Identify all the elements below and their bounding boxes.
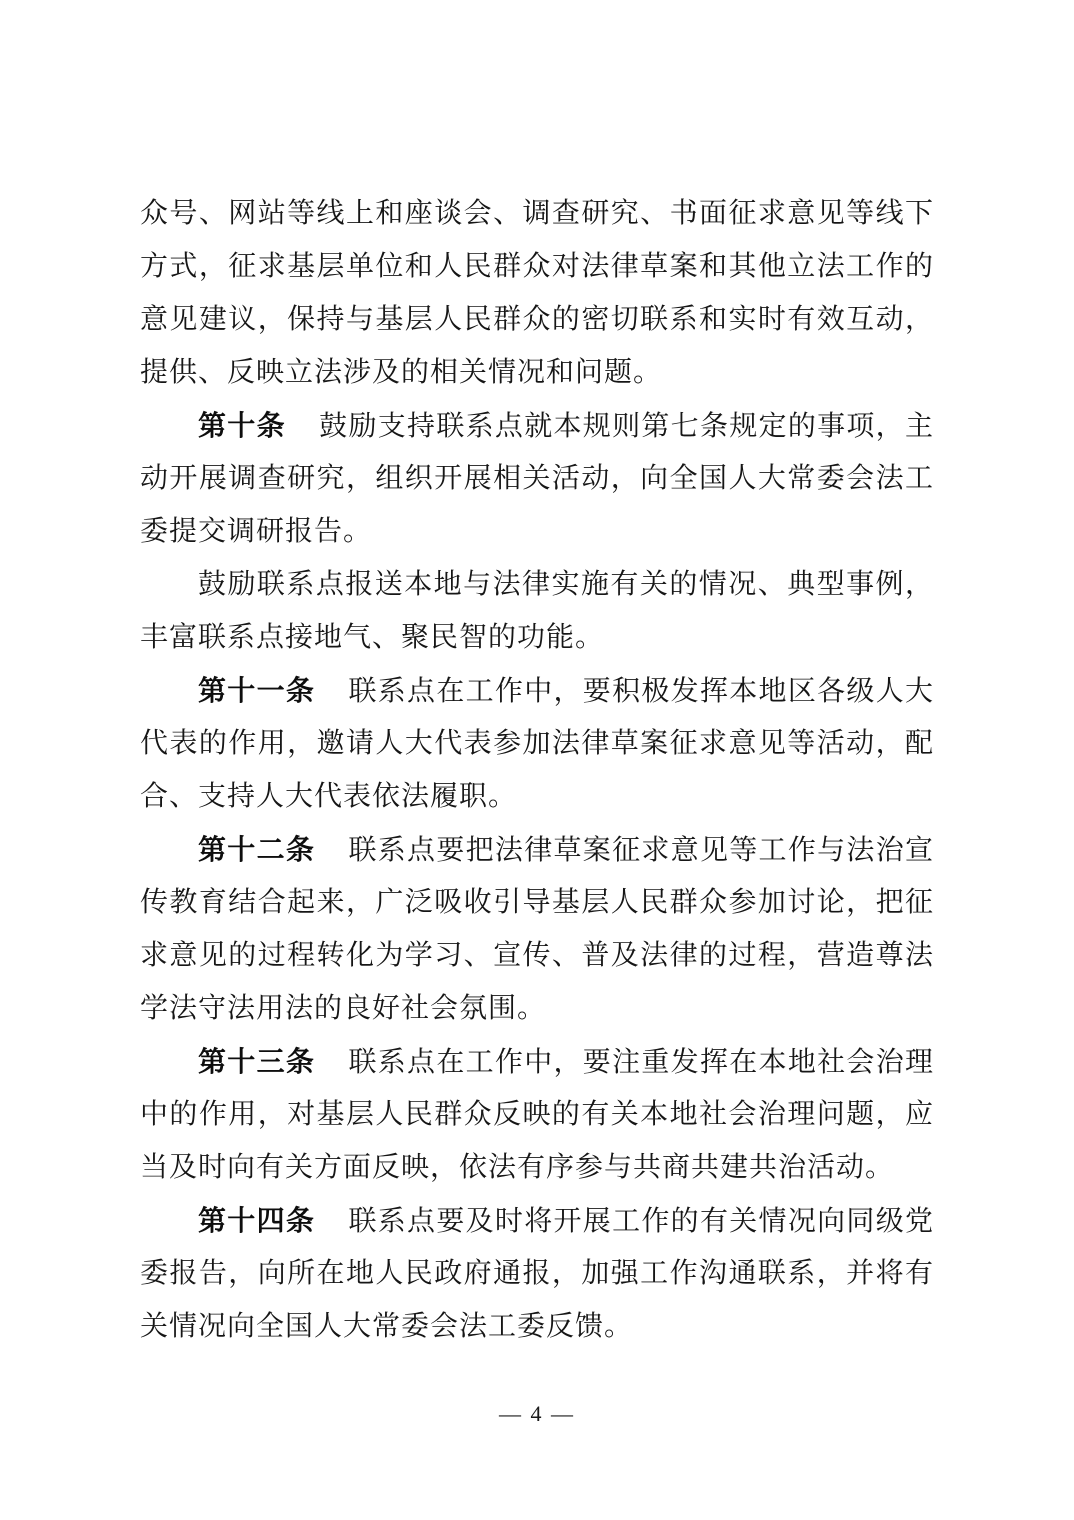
- document-page: 众号、网站等线上和座谈会、调查研究、书面征求意见等线下方式，征求基层单位和人民群…: [0, 0, 1074, 1520]
- line-text: 鼓励支持联系点就本规则第七条规定的事项，主: [318, 411, 933, 442]
- line-text: 联系点要及时将开展工作的有关情况向同级党: [347, 1206, 933, 1237]
- text-line: 代表的作用，邀请人大代表参加法律草案征求意见等活动，配: [140, 717, 933, 770]
- article-number: 第十一条: [198, 675, 315, 706]
- line-text: 联系点在工作中，要注重发挥在本地社会治理: [347, 1047, 933, 1078]
- line-text: 联系点要把法律草案征求意见等工作与法治宣: [347, 835, 933, 866]
- text-line: 第十四条联系点要及时将开展工作的有关情况向同级党: [140, 1194, 933, 1247]
- text-line: 众号、网站等线上和座谈会、调查研究、书面征求意见等线下: [140, 187, 933, 240]
- line-text: 合、支持人大代表依法履职。: [140, 781, 517, 812]
- text-line: 鼓励联系点报送本地与法律实施有关的情况、典型事例，: [140, 558, 933, 611]
- text-line: 方式，征求基层单位和人民群众对法律草案和其他立法工作的: [140, 240, 933, 293]
- text-line: 委报告，向所在地人民政府通报，加强工作沟通联系，并将有: [140, 1247, 933, 1300]
- text-line: 动开展调查研究，组织开展相关活动，向全国人大常委会法工: [140, 452, 933, 505]
- line-text: 众号、网站等线上和座谈会、调查研究、书面征求意见等线下: [140, 198, 933, 229]
- text-line: 意见建议，保持与基层人民群众的密切联系和实时有效互动，: [140, 293, 933, 346]
- page-number: — 4 —: [0, 1398, 1074, 1430]
- article-number: 第十条: [198, 410, 286, 441]
- article-number: 第十三条: [198, 1046, 315, 1077]
- text-line: 丰富联系点接地气、聚民智的功能。: [140, 611, 933, 664]
- text-line: 求意见的过程转化为学习、宣传、普及法律的过程，营造尊法: [140, 929, 933, 982]
- line-text: 当及时向有关方面反映，依法有序参与共商共建共治活动。: [140, 1152, 894, 1183]
- article-number: 第十四条: [198, 1205, 315, 1236]
- line-text: 委提交调研报告。: [140, 516, 372, 547]
- line-text: 关情况向全国人大常委会法工委反馈。: [140, 1311, 633, 1342]
- line-text: 代表的作用，邀请人大代表参加法律草案征求意见等活动，配: [140, 728, 933, 759]
- text-line: 当及时向有关方面反映，依法有序参与共商共建共治活动。: [140, 1141, 933, 1194]
- line-text: 传教育结合起来，广泛吸收引导基层人民群众参加讨论，把征: [140, 887, 933, 918]
- text-line: 第十一条联系点在工作中，要积极发挥本地区各级人大: [140, 664, 933, 717]
- line-text: 提供、反映立法涉及的相关情况和问题。: [140, 357, 662, 388]
- text-line: 第十条鼓励支持联系点就本规则第七条规定的事项，主: [140, 399, 933, 452]
- line-text: 中的作用，对基层人民群众反映的有关本地社会治理问题，应: [140, 1099, 933, 1130]
- line-text: 意见建议，保持与基层人民群众的密切联系和实时有效互动，: [140, 304, 933, 335]
- line-text: 委报告，向所在地人民政府通报，加强工作沟通联系，并将有: [140, 1258, 933, 1289]
- text-line: 中的作用，对基层人民群众反映的有关本地社会治理问题，应: [140, 1088, 933, 1141]
- text-line: 合、支持人大代表依法履职。: [140, 770, 933, 823]
- text-line: 学法守法用法的良好社会氛围。: [140, 982, 933, 1035]
- line-text: 方式，征求基层单位和人民群众对法律草案和其他立法工作的: [140, 251, 933, 282]
- line-text: 丰富联系点接地气、聚民智的功能。: [140, 622, 604, 653]
- article-number: 第十二条: [198, 834, 315, 865]
- line-text: 动开展调查研究，组织开展相关活动，向全国人大常委会法工: [140, 463, 933, 494]
- line-text: 求意见的过程转化为学习、宣传、普及法律的过程，营造尊法: [140, 940, 933, 971]
- text-line: 委提交调研报告。: [140, 505, 933, 558]
- line-text: 学法守法用法的良好社会氛围。: [140, 993, 546, 1024]
- text-line: 传教育结合起来，广泛吸收引导基层人民群众参加讨论，把征: [140, 876, 933, 929]
- line-text: 鼓励联系点报送本地与法律实施有关的情况、典型事例，: [198, 569, 933, 600]
- line-text: 联系点在工作中，要积极发挥本地区各级人大: [347, 676, 933, 707]
- text-line: 第十三条联系点在工作中，要注重发挥在本地社会治理: [140, 1035, 933, 1088]
- text-line: 第十二条联系点要把法律草案征求意见等工作与法治宣: [140, 823, 933, 876]
- document-body: 众号、网站等线上和座谈会、调查研究、书面征求意见等线下方式，征求基层单位和人民群…: [140, 187, 933, 1353]
- text-line: 关情况向全国人大常委会法工委反馈。: [140, 1300, 933, 1353]
- text-line: 提供、反映立法涉及的相关情况和问题。: [140, 346, 933, 399]
